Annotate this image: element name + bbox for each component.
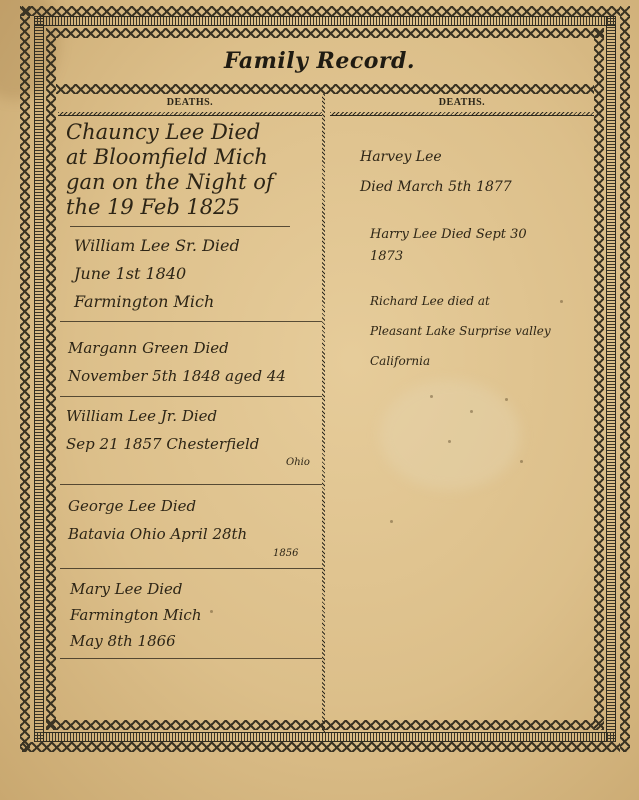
outer-diamond-border-right [620, 6, 630, 752]
entry-line: Sep 21 1857 Chesterfield [66, 430, 310, 458]
paper-spot [560, 300, 563, 303]
entry-separator [70, 226, 290, 227]
right-column-heading: DEATHS. [330, 97, 594, 108]
entry-line: Richard Lee died at [370, 286, 551, 316]
death-entry: Richard Lee died at Pleasant Lake Surpri… [370, 286, 551, 376]
entry-line: at Bloomfield Mich [66, 145, 274, 170]
entry-separator [60, 396, 322, 397]
death-entry: Harry Lee Died Sept 30 1873 [370, 224, 527, 268]
entry-separator [60, 568, 322, 569]
entry-line: Pleasant Lake Surprise valley [370, 316, 551, 346]
outer-diamond-border-bottom [22, 742, 620, 752]
entry-line: Farmington Mich [74, 288, 240, 316]
entry-line: November 5th 1848 aged 44 [68, 362, 286, 390]
entry-line: Mary Lee Died [70, 576, 202, 602]
ruled-border-right [606, 16, 616, 742]
title-divider-band [56, 84, 594, 94]
paper-spot [505, 398, 508, 401]
death-entry: William Lee Sr. Died June 1st 1840 Farmi… [74, 232, 240, 316]
death-entry: George Lee Died Batavia Ohio April 28th … [68, 492, 298, 560]
death-entry: Mary Lee Died Farmington Mich May 8th 18… [70, 576, 202, 654]
page-title: Family Record. [0, 48, 639, 74]
paper-spot [390, 520, 393, 523]
inner-diamond-border-right [594, 28, 604, 730]
paper-spot [430, 395, 433, 398]
entry-separator [60, 658, 322, 659]
ruled-border-top [34, 16, 616, 26]
entry-line: June 1st 1840 [74, 260, 240, 288]
column-divider [322, 94, 325, 734]
paper-spot [520, 460, 523, 463]
entry-line: William Lee Jr. Died [66, 402, 310, 430]
entry-line: William Lee Sr. Died [74, 232, 240, 260]
entry-line: the 19 Feb 1825 [66, 195, 274, 220]
paper-spot [448, 440, 451, 443]
left-header-rule [58, 112, 322, 116]
entry-line: Farmington Mich [70, 602, 202, 628]
entry-line: Harry Lee Died Sept 30 [370, 224, 527, 246]
inner-diamond-border-bottom [46, 720, 604, 730]
inner-diamond-border-left [46, 28, 56, 730]
entry-line: Died March 5th 1877 [360, 172, 512, 202]
entry-separator [60, 321, 322, 322]
paper-spot [210, 610, 213, 613]
entry-line: gan on the Night of [66, 170, 274, 195]
ruled-border-bottom [34, 732, 616, 742]
entry-separator [60, 484, 322, 485]
right-header-rule [330, 112, 594, 116]
entry-line: 1873 [370, 246, 527, 268]
death-entry: Margann Green Died November 5th 1848 age… [68, 334, 286, 390]
entry-line: Ohio [66, 458, 310, 468]
entry-line: May 8th 1866 [70, 628, 202, 654]
entry-line: Batavia Ohio April 28th [68, 520, 298, 548]
entry-line: Margann Green Died [68, 334, 286, 362]
death-entry: Harvey Lee Died March 5th 1877 [360, 142, 512, 202]
family-record-page: Family Record. DEATHS. DEATHS. Chauncy L… [0, 0, 639, 800]
entry-line: Harvey Lee [360, 142, 512, 172]
death-entry: William Lee Jr. Died Sep 21 1857 Chester… [66, 402, 310, 468]
inner-diamond-border-top [46, 28, 604, 38]
entry-line: California [370, 346, 551, 376]
left-column-heading: DEATHS. [60, 97, 320, 108]
outer-diamond-border-top [22, 6, 620, 16]
ruled-border-left [34, 16, 44, 742]
outer-diamond-border-left [20, 6, 30, 752]
entry-line: 1856 [68, 548, 298, 560]
paper-stain [380, 380, 520, 490]
entry-line: Chauncy Lee Died [66, 120, 274, 145]
entry-line: George Lee Died [68, 492, 298, 520]
paper-spot [470, 410, 473, 413]
death-entry: Chauncy Lee Died at Bloomfield Mich gan … [66, 120, 274, 220]
